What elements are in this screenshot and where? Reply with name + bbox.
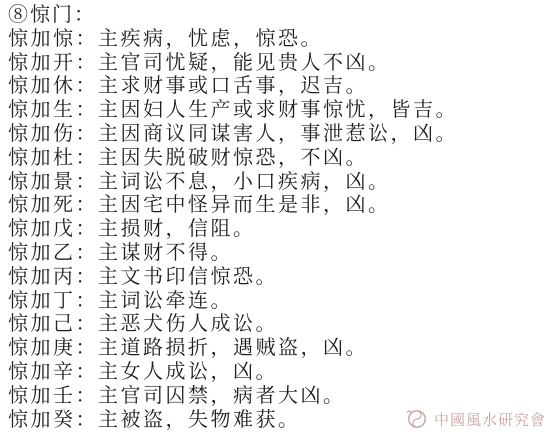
watermark-text: 中國風水研究會 bbox=[434, 409, 546, 430]
entry-line: 惊加杜：主因失脱破财惊恐，不凶。 bbox=[8, 147, 554, 171]
watermark: 中國風水研究會 bbox=[404, 408, 546, 430]
entry-line: 惊加己：主恶犬伤人成讼。 bbox=[8, 313, 554, 337]
document-page: ⑧惊门： 惊加惊：主疾病，忧虑，惊恐。 惊加开：主官司忧疑，能见贵人不凶。 惊加… bbox=[0, 0, 554, 436]
entry-line: 惊加开：主官司忧疑，能见贵人不凶。 bbox=[8, 52, 554, 76]
entry-line: 惊加乙：主谋财不得。 bbox=[8, 242, 554, 266]
entry-line: 惊加惊：主疾病，忧虑，惊恐。 bbox=[8, 28, 554, 52]
entry-line: 惊加戊：主损财，信阻。 bbox=[8, 218, 554, 242]
entry-line: 惊加丁：主词讼牵连。 bbox=[8, 290, 554, 314]
entry-line: 惊加伤：主因商议同谋害人，事泄惹讼，凶。 bbox=[8, 123, 554, 147]
entry-line: 惊加死：主因宅中怪异而生是非，凶。 bbox=[8, 194, 554, 218]
fengshui-circle-logo-icon bbox=[404, 408, 428, 430]
entry-line: 惊加生：主因妇人生产或求财事惊忧，皆吉。 bbox=[8, 99, 554, 123]
entry-line: 惊加休：主求财事或口舌事，迟吉。 bbox=[8, 75, 554, 99]
entry-line: 惊加庚：主道路损折，遇贼盗，凶。 bbox=[8, 337, 554, 361]
section-title: ⑧惊门： bbox=[8, 4, 554, 28]
entry-line: 惊加景：主词讼不息，小口疾病，凶。 bbox=[8, 171, 554, 195]
entry-line: 惊加壬：主官司囚禁，病者大凶。 bbox=[8, 385, 554, 409]
entry-line: 惊加丙：主文书印信惊恐。 bbox=[8, 266, 554, 290]
entry-line: 惊加辛：主女人成讼，凶。 bbox=[8, 361, 554, 385]
